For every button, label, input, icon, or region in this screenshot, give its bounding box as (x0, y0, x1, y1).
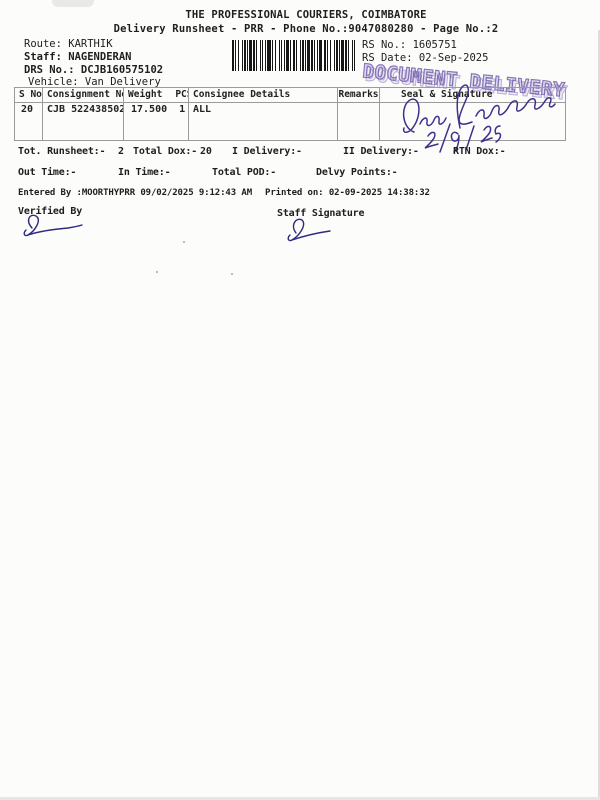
staff-value: NAGENDERAN (68, 51, 131, 63)
header-pcs: PCS (175, 89, 188, 100)
cell-weight: 17.500 (131, 104, 167, 115)
document-title: THE PROFESSIONAL COURIERS, COIMBATORE (3, 9, 600, 21)
header-consignment-no: Consignment No (43, 88, 124, 103)
cell-pcs: 1 (179, 104, 185, 115)
barcode (232, 40, 355, 71)
rs-no-line: RS No.: 1605751 (362, 39, 457, 51)
delvy-points-label: Delvy Points:- (316, 167, 398, 179)
header-consignee: Consignee Details (189, 88, 338, 103)
i-delivery-label: I Delivery:- (232, 146, 302, 158)
runsheet-document: THE PROFESSIONAL COURIERS, COIMBATORE De… (0, 0, 600, 800)
tot-runsheet-value: 2 (118, 146, 124, 158)
drs-value: DCJB160575102 (81, 64, 163, 76)
route-line: Route: KARTHIK (24, 38, 113, 50)
header-weight-pcs: WeightPCS (124, 88, 189, 103)
scan-speck (183, 241, 185, 243)
verified-by-signature (20, 212, 86, 242)
document-subtitle: Delivery Runsheet - PRR - Phone No.:9047… (3, 23, 600, 35)
rs-no-label: RS No.: (362, 39, 406, 51)
scan-speck (231, 273, 233, 275)
staff-signature-handwriting (282, 216, 344, 246)
rtn-dox-label: RTN Dox:- (453, 146, 505, 158)
out-time-label: Out Time:- (18, 167, 76, 179)
header-s-no: S No (15, 88, 43, 103)
total-dox-value: 20 (200, 146, 212, 158)
header-weight: Weight (128, 89, 162, 100)
tot-runsheet-label: Tot. Runsheet:- (18, 146, 105, 158)
ii-delivery-label: II Delivery:- (343, 146, 419, 158)
drs-label: DRS No.: (24, 64, 75, 76)
cell-weight-pcs: 17.5001 (124, 103, 189, 141)
cell-consignee: ALL (189, 103, 338, 141)
seal-signature-handwriting (392, 84, 567, 154)
rs-no-value: 1605751 (413, 39, 457, 51)
in-time-label: In Time:- (118, 167, 170, 179)
route-value: KARTHIK (68, 38, 112, 50)
scan-smudge (52, 0, 94, 7)
staff-line: Staff: NAGENDERAN (24, 51, 131, 63)
scan-speck (156, 271, 158, 273)
cell-consignment-no: CJB 522438502 (43, 103, 124, 141)
route-label: Route: (24, 38, 62, 50)
total-pod-label: Total POD:- (212, 167, 276, 179)
entered-by-line: Entered By :MOORTHYPRR 09/02/2025 9:12:4… (18, 188, 252, 198)
cell-remarks (338, 103, 380, 141)
printed-on-line: Printed on: 02-09-2025 14:38:32 (265, 188, 430, 198)
staff-label: Staff: (24, 51, 62, 63)
header-remarks: Remarks (338, 88, 380, 103)
rs-date-value: 02-Sep-2025 (419, 52, 489, 64)
cell-s-no: 20 (15, 103, 43, 141)
drs-line: DRS No.: DCJB160575102 (24, 64, 163, 76)
total-dox-label: Total Dox:- (133, 146, 197, 158)
